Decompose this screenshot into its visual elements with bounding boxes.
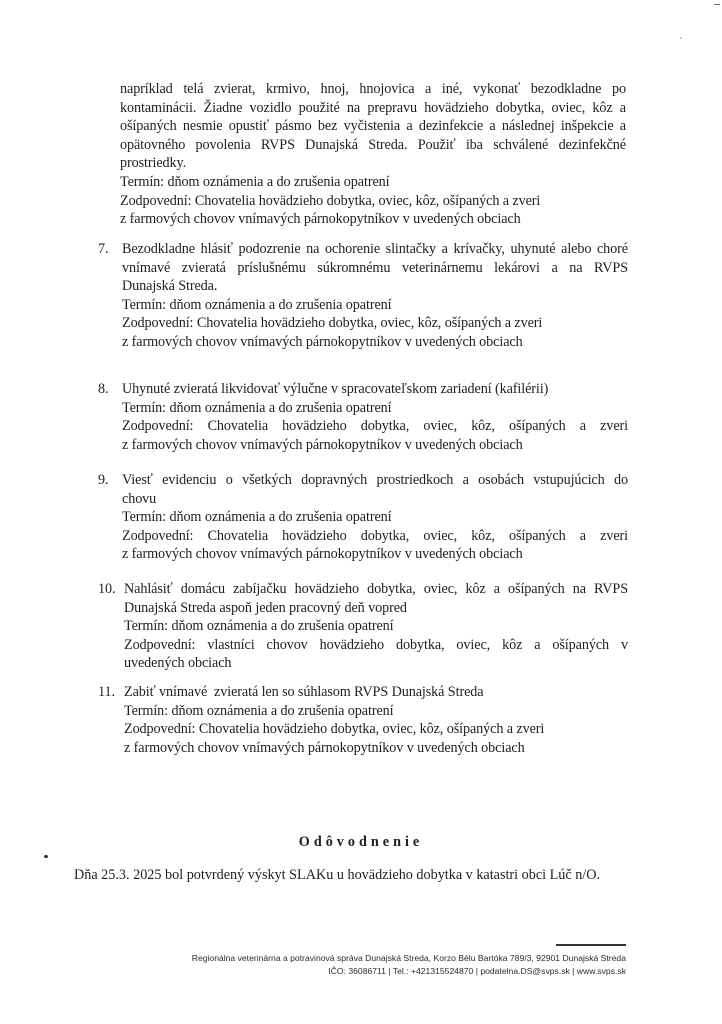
list-item-8: 8. Uhynuté zvieratá likvidovať výlučne v…: [98, 380, 628, 454]
list-item-11: 11. Zabiť vnímavé zvieratá len so súhlas…: [98, 683, 628, 757]
termin-line: Termín: dňom oznámenia a do zrušenia opa…: [124, 702, 628, 721]
item-text-line: vnímavé zvieratá príslušnému súkromnému …: [122, 259, 628, 278]
footer-divider: [556, 944, 626, 946]
zodpovedni-line: z farmových chovov vnímavých párnokopytn…: [122, 333, 628, 352]
termin-line: Termín: dňom oznámenia a do zrušenia opa…: [124, 617, 628, 636]
zodpovedni-line: z farmových chovov vnímavých párnokopytn…: [122, 436, 628, 455]
termin-line: Termín: dňom oznámenia a do zrušenia opa…: [122, 508, 628, 527]
list-item-7: 7. Bezodkladne hlásiť podozrenie na ocho…: [98, 240, 628, 352]
zodpovedni-line: Zodpovední: Chovatelia hovädzieho dobytk…: [122, 314, 628, 333]
item-text-line: chovu: [122, 490, 628, 509]
document-page: napríklad telá zvierat, krmivo, hnoj, hn…: [0, 0, 722, 1024]
paragraph-line: prostriedky.: [120, 154, 626, 173]
item-text-line: Bezodkladne hlásiť podozrenie na ochoren…: [122, 240, 628, 259]
item-number: 7.: [98, 240, 120, 259]
list-item-9: 9. Viesť evidenciu o všetkých dopravných…: [98, 471, 628, 564]
zodpovedni-line: Zodpovední: Chovatelia hovädzieho dobytk…: [122, 527, 628, 546]
item-text-line: Nahlásiť domácu zabíjačku hovädzieho dob…: [124, 580, 628, 599]
scan-speck: [44, 855, 48, 858]
zodpovedni-line: Zodpovední: vlastníci chovov hovädzieho …: [124, 636, 628, 655]
paragraph-line: opätovného povolenia RVPS Dunajská Stred…: [120, 136, 626, 155]
zodpovedni-line: Zodpovední: Chovatelia hovädzieho dobytk…: [122, 417, 628, 436]
footer-contact: IČO: 36086711 | Tel.: +421315524870 | po…: [192, 965, 626, 978]
item-number: 11.: [98, 683, 128, 702]
zodpovedni-line: z farmových chovov vnímavých párnokopytn…: [120, 210, 626, 229]
section-heading-justification: Odôvodnenie: [0, 834, 722, 851]
item-number: 10.: [98, 580, 128, 599]
list-item-10: 10. Nahlásiť domácu zabíjačku hovädzieho…: [98, 580, 628, 673]
item-number: 9.: [98, 471, 120, 490]
scan-mark: [714, 4, 720, 5]
item-text-line: Uhynuté zvieratá likvidovať výlučne v sp…: [122, 380, 628, 399]
termin-line: Termín: dňom oznámenia a do zrušenia opa…: [122, 399, 628, 418]
item-text-line: Zabiť vnímavé zvieratá len so súhlasom R…: [124, 683, 628, 702]
item-text-line: Viesť evidenciu o všetkých dopravných pr…: [122, 471, 628, 490]
paragraph-line: ošípaných nesmie opustiť pásmo bez vyčis…: [120, 117, 626, 136]
zodpovedni-line: Zodpovední: Chovatelia hovädzieho dobytk…: [120, 192, 626, 211]
zodpovedni-line: uvedených obciach: [124, 654, 628, 673]
justification-text: Dňa 25.3. 2025 bol potvrdený výskyt SLAK…: [74, 867, 600, 884]
zodpovedni-line: z farmových chovov vnímavých párnokopytn…: [124, 739, 628, 758]
item-number: 8.: [98, 380, 120, 399]
zodpovedni-line: z farmových chovov vnímavých párnokopytn…: [122, 545, 628, 564]
scan-speck: [680, 37, 682, 39]
termin-line: Termín: dňom oznámenia a do zrušenia opa…: [120, 173, 626, 192]
paragraph-line: napríklad telá zvierat, krmivo, hnoj, hn…: [120, 80, 626, 99]
item-text-line: Dunajská Streda aspoň jeden pracovný deň…: [124, 599, 628, 618]
zodpovedni-line: Zodpovední: Chovatelia hovädzieho dobytk…: [124, 720, 628, 739]
footer-address: Regionálna veterinárna a potravinová spr…: [192, 952, 626, 965]
item-text-line: Dunajská Streda.: [122, 277, 628, 296]
termin-line: Termín: dňom oznámenia a do zrušenia opa…: [122, 296, 628, 315]
footer: Regionálna veterinárna a potravinová spr…: [192, 952, 626, 978]
intro-paragraph: napríklad telá zvierat, krmivo, hnoj, hn…: [120, 80, 626, 229]
paragraph-line: kontaminácii. Žiadne vozidlo použité na …: [120, 99, 626, 118]
